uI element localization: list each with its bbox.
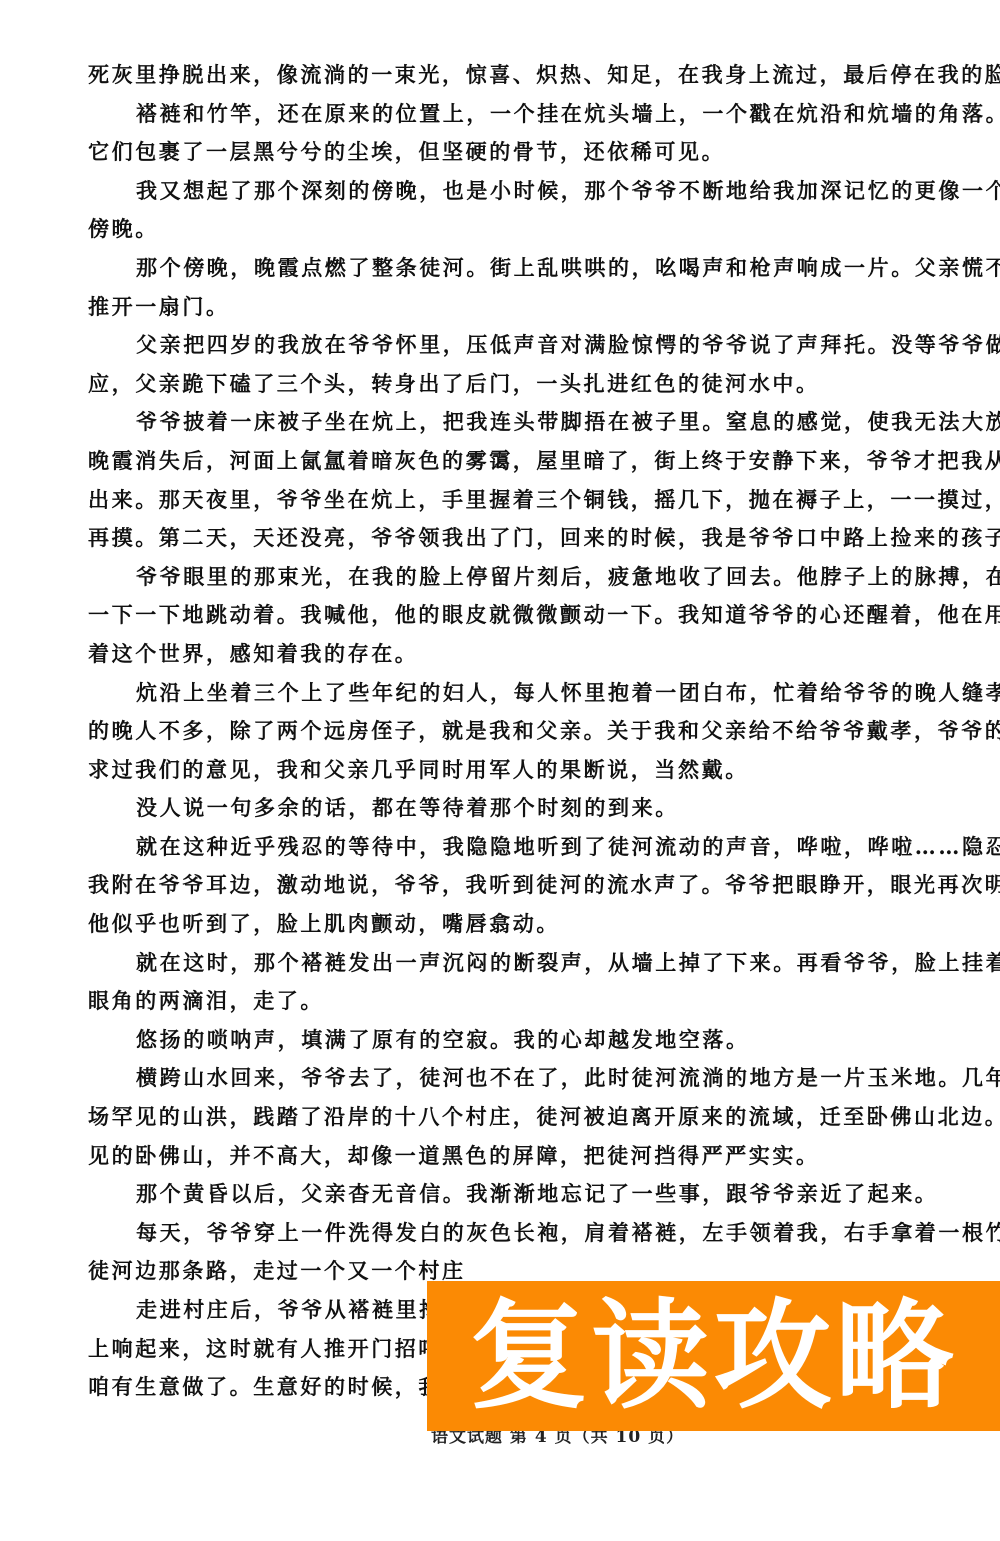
text-line: 就在这时，那个褡裢发出一声沉闷的断裂声，从墙上掉了下来。再看爷爷，脸上挂着微笑和 [88,944,1000,983]
watermark-text: 复读攻略 [469,1297,957,1415]
text-line: 的晚人不多，除了两个远房侄子，就是我和父亲。关于我和父亲给不给爷爷戴孝，爷爷的侄… [88,712,1000,751]
text-line: 我又想起了那个深刻的傍晚，也是小时候，那个爷爷不断地给我加深记忆的更像一个故事的 [88,172,1000,211]
text-line: 应，父亲跪下磕了三个头，转身出了后门，一头扎进红色的徒河水中。 [88,365,1000,404]
text-line: 眼角的两滴泪，走了。 [88,982,1000,1021]
text-line: 每天，爷爷穿上一件洗得发白的灰色长袍，肩着褡裢，左手领着我，右手拿着一根竹竿，沿… [88,1214,1000,1253]
text-line: 他似乎也听到了，脸上肌肉颤动，嘴唇翕动。 [88,905,1000,944]
text-line: 没人说一句多余的话，都在等待着那个时刻的到来。 [88,789,1000,828]
text-line: 爷爷披着一床被子坐在炕上，把我连头带脚捂在被子里。窒息的感觉，使我无法大放悲声。 [88,403,1000,442]
text-line: 出来。那天夜里，爷爷坐在炕上，手里握着三个铜钱，摇几下，抛在褥子上，一一摸过，然… [88,481,1000,520]
text-line: 爷爷眼里的那束光，在我的脸上停留片刻后，疲惫地收了回去。他脖子上的脉搏，在灯光下 [88,558,1000,597]
text-line: 褡裢和竹竿，还在原来的位置上，一个挂在炕头墙上，一个戳在炕沿和炕墙的角落。岁月给 [88,95,1000,134]
text-line: 悠扬的唢呐声，填满了原有的空寂。我的心却越发地空落。 [88,1021,1000,1060]
text-line: 炕沿上坐着三个上了些年纪的妇人，每人怀里抱着一团白布，忙着给爷爷的晚人缝孝。爷爷 [88,674,1000,713]
text-line: 场罕见的山洪，践踏了沿岸的十八个村庄，徒河被迫离开原来的流域，迁至卧佛山北边。遥… [88,1098,1000,1137]
text-line: 那个黄昏以后，父亲杳无音信。我渐渐地忘记了一些事，跟爷爷亲近了起来。 [88,1175,1000,1214]
text-line: 再摸。第二天，天还没亮，爷爷领我出了门，回来的时候，我是爷爷口中路上捡来的孩子。 [88,519,1000,558]
text-line: 见的卧佛山，并不高大，却像一道黑色的屏障，把徒河挡得严严实实。 [88,1137,1000,1176]
text-line: 求过我们的意见，我和父亲几乎同时用军人的果断说，当然戴。 [88,751,1000,790]
watermark-banner: 复读攻略 [427,1281,1000,1431]
text-line: 推开一扇门。 [88,288,1000,327]
text-line: 父亲把四岁的我放在爷爷怀里，压低声音对满脸惊愕的爷爷说了声拜托。没等爷爷做出回 [88,326,1000,365]
text-line: 一下一下地跳动着。我喊他，他的眼皮就微微颤动一下。我知道爷爷的心还醒着，他在用心… [88,596,1000,635]
text-line: 晚霞消失后，河面上氤氲着暗灰色的雾霭，屋里暗了，街上终于安静下来，爷爷才把我从被… [88,442,1000,481]
text-line: 横跨山水回来，爷爷去了，徒河也不在了，此时徒河流淌的地方是一片玉米地。几年前的一 [88,1059,1000,1098]
text-line: 死灰里挣脱出来，像流淌的一束光，惊喜、炽热、知足，在我身上流过，最后停在我的脸上… [88,56,1000,95]
text-line: 傍晚。 [88,210,1000,249]
document-body: 死灰里挣脱出来，像流淌的一束光，惊喜、炽热、知足，在我身上流过，最后停在我的脸上… [88,56,1000,1407]
text-line: 它们包裹了一层黑兮兮的尘埃，但坚硬的骨节，还依稀可见。 [88,133,1000,172]
text-line: 就在这种近乎残忍的等待中，我隐隐地听到了徒河流动的声音，哗啦，哗啦……隐忍而强烈… [88,828,1000,867]
text-line: 那个傍晚，晚霞点燃了整条徒河。街上乱哄哄的，吆喝声和枪声响成一片。父亲慌不择路地 [88,249,1000,288]
text-line: 我附在爷爷耳边，激动地说，爷爷，我听到徒河的流水声了。爷爷把眼睁开，眼光再次明亮… [88,866,1000,905]
text-line: 着这个世界，感知着我的存在。 [88,635,1000,674]
